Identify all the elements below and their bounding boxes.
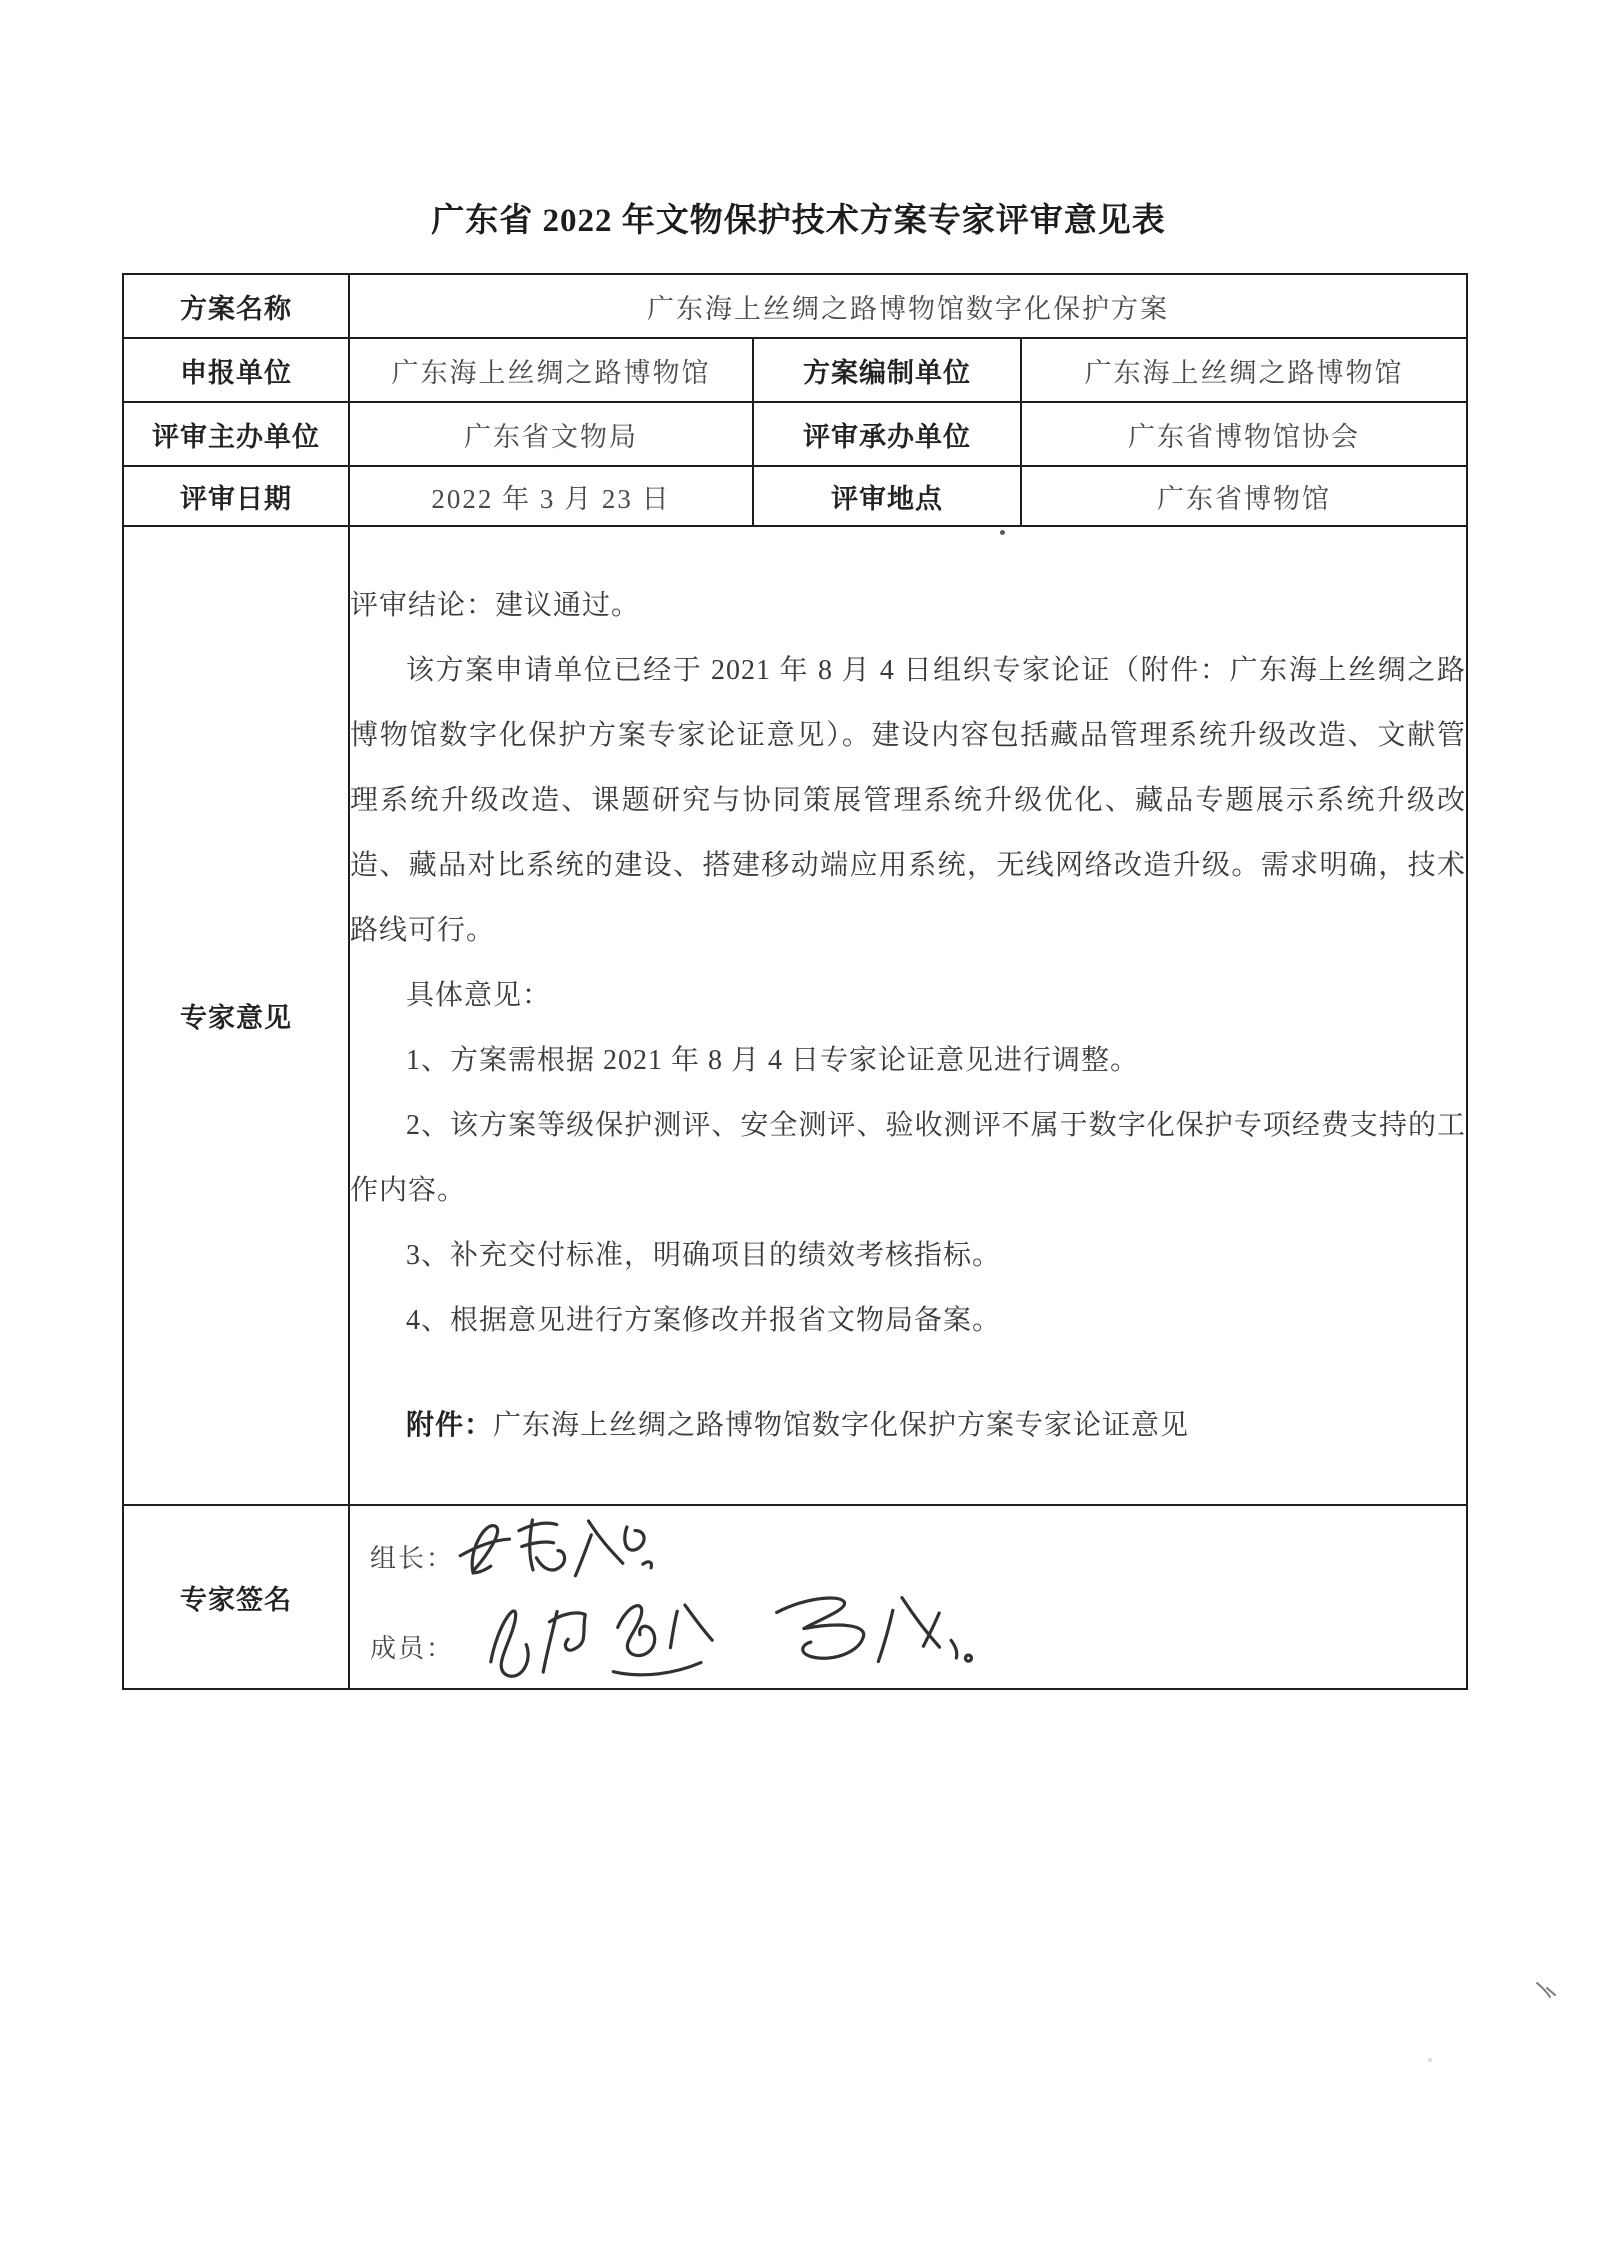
row-signatures: 专家签名 组长： 成员： xyxy=(123,1505,1467,1689)
opinion-item-4: 4、根据意见进行方案修改并报省文物局备案。 xyxy=(350,1288,1466,1353)
opinion-item-1: 1、方案需根据 2021 年 8 月 4 日专家论证意见进行调整。 xyxy=(350,1028,1466,1093)
date-value: 2022 年 3 月 23 日 xyxy=(349,466,753,526)
date-label: 评审日期 xyxy=(123,466,349,526)
detail-heading: 具体意见： xyxy=(350,963,1466,1028)
member-signature-2 xyxy=(751,1570,987,1686)
leader-label: 组长： xyxy=(370,1538,454,1575)
location-value: 广东省博物馆 xyxy=(1021,466,1467,526)
host-label: 评审主办单位 xyxy=(123,402,349,466)
scan-speck-dot xyxy=(1000,530,1005,535)
plan-name-value: 广东海上丝绸之路博物馆数字化保护方案 xyxy=(349,274,1467,338)
compiler-value: 广东海上丝绸之路博物馆 xyxy=(1021,338,1467,402)
plan-name-label: 方案名称 xyxy=(123,274,349,338)
compiler-label: 方案编制单位 xyxy=(753,338,1021,402)
row-applicant: 申报单位 广东海上丝绸之路博物馆 方案编制单位 广东海上丝绸之路博物馆 xyxy=(123,338,1467,402)
organizer-label: 评审承办单位 xyxy=(753,402,1021,466)
attachment-line: 附件：广东海上丝绸之路博物馆数字化保护方案专家论证意见 xyxy=(350,1393,1466,1458)
expert-opinion-label: 专家意见 xyxy=(123,526,349,1505)
document-title: 广东省 2022 年文物保护技术方案专家评审意见表 xyxy=(0,194,1597,241)
row-expert-opinion: 专家意见 评审结论：建议通过。 该方案申请单位已经于 2021 年 8 月 4 … xyxy=(123,526,1467,1505)
row-review-date-place: 评审日期 2022 年 3 月 23 日 评审地点 广东省博物馆 xyxy=(123,466,1467,526)
location-label: 评审地点 xyxy=(753,466,1021,526)
applicant-value: 广东海上丝绸之路博物馆 xyxy=(349,338,753,402)
scanned-document-page: 广东省 2022 年文物保护技术方案专家评审意见表 方案名称 广东海上丝绸之路博… xyxy=(0,0,1597,2244)
review-opinion-table: 方案名称 广东海上丝绸之路博物馆数字化保护方案 申报单位 广东海上丝绸之路博物馆… xyxy=(122,273,1468,1690)
scan-speck-faint xyxy=(1428,2058,1432,2062)
row-plan-name: 方案名称 广东海上丝绸之路博物馆数字化保护方案 xyxy=(123,274,1467,338)
signature-area: 组长： 成员： xyxy=(349,1505,1467,1689)
row-review-units: 评审主办单位 广东省文物局 评审承办单位 广东省博物馆协会 xyxy=(123,402,1467,466)
expert-opinion-content: 评审结论：建议通过。 该方案申请单位已经于 2021 年 8 月 4 日组织专家… xyxy=(349,526,1467,1505)
host-value: 广东省文物局 xyxy=(349,402,753,466)
scan-scratch-mark xyxy=(1534,1980,1560,2002)
opinion-item-3: 3、补充交付标准，明确项目的绩效考核指标。 xyxy=(350,1223,1466,1288)
applicant-label: 申报单位 xyxy=(123,338,349,402)
member-label: 成员： xyxy=(370,1628,454,1665)
signature-label: 专家签名 xyxy=(123,1505,349,1689)
member-signature-1 xyxy=(460,1579,743,1689)
organizer-value: 广东省博物馆协会 xyxy=(1021,402,1467,466)
attachment-text: 广东海上丝绸之路博物馆数字化保护方案专家论证意见 xyxy=(493,1410,1189,1441)
attachment-label: 附件： xyxy=(406,1410,493,1441)
opinion-item-2: 2、该方案等级保护测评、安全测评、验收测评不属于数字化保护专项经费支持的工作内容… xyxy=(350,1093,1466,1223)
opinion-summary: 该方案申请单位已经于 2021 年 8 月 4 日组织专家论证（附件：广东海上丝… xyxy=(350,638,1466,963)
review-conclusion: 评审结论：建议通过。 xyxy=(350,573,1466,638)
